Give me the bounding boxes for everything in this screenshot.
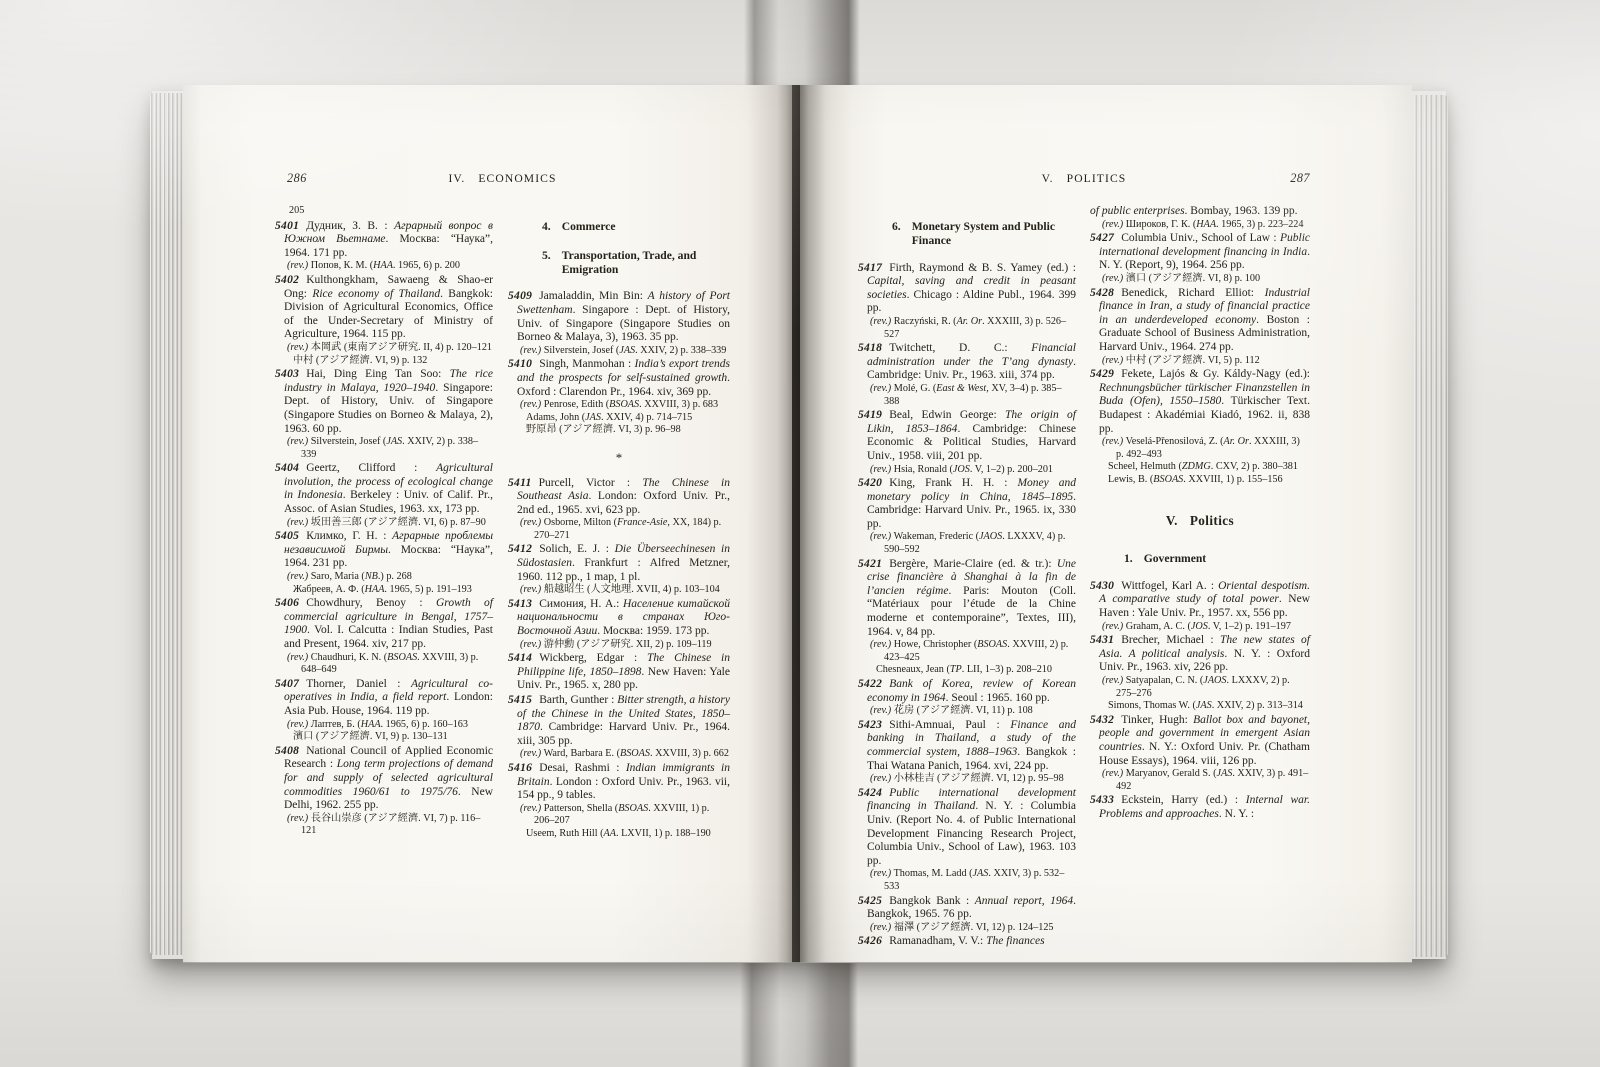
bibliography-column: 4.Commerce5.Transportation, Trade, and E… [508,205,730,842]
entry-number: 5410 [508,358,532,370]
running-head-roman-numeral: V. [1042,172,1054,185]
review-line: Adams, John (JAS. XXIV, 4) p. 714–715 [508,412,730,425]
running-head-title-left: IV.ECONOMICS [275,172,730,185]
part-number: V. [1166,514,1178,528]
running-head-left: 286 IV.ECONOMICS [183,171,792,187]
review-line: (rev.) 福澤 (アジア經濟. VI, 12) p. 124–125 [858,922,1076,935]
photo-background: { "colors": { "photo_bg": "#e8e6e3", "pa… [0,0,1600,1067]
entry-body: 5418Twitchett, D. C.: Financial administ… [858,342,1076,383]
review-line: (rev.) 小林桂吉 (アジア經濟. VI, 12) p. 95–98 [858,773,1076,786]
entry-body: 5425Bangkok Bank : Annual report, 1964. … [858,895,1076,922]
review-line: (rev.) 游仲勳 (アジア研究. XII, 2) p. 109–119 [508,639,730,652]
section-number: 6. [892,220,901,248]
entry-body: 5401Дудник, З. В. : Аграрный вопрос в Юж… [275,220,493,261]
bibliography-entry: 5431Brecher, Michael : The new states of… [1090,634,1310,713]
page-number-right: 287 [1290,171,1310,186]
bibliography-entry: 5407Thorner, Daniel : Agricultural co-op… [275,678,493,744]
entry-body: 5407Thorner, Daniel : Agricultural co-op… [275,678,493,719]
entry-body: 5408National Council of Applied Economic… [275,745,493,813]
bibliography-column: of public enterprises. Bombay, 1963. 139… [1090,205,1310,823]
bibliography-entry: 5405Климко, Г. Н. : Аграрные проблемы не… [275,530,493,596]
entry-body: 5422Bank of Korea, review of Korean econ… [858,678,1076,705]
part-title: Politics [1190,514,1234,528]
part-heading: V.Politics [1090,514,1310,528]
entry-body: 5431Brecher, Michael : The new states of… [1090,634,1310,675]
entry-body: 5424Public international development fin… [858,787,1076,869]
section-title: Government [1144,552,1206,566]
entry-body: 5417Firth, Raymond & B. S. Yamey (ed.) :… [858,262,1076,316]
running-head-title-right: V.POLITICS [858,172,1310,185]
review-line: 野原昂 (アジア經濟. VI, 3) p. 96–98 [508,424,730,437]
entry-number: 5430 [1090,580,1114,592]
running-head-text: ECONOMICS [478,172,556,185]
review-line: (rev.) Saro, Maria (NB.) p. 268 [275,571,493,584]
entry-number: 5409 [508,290,532,302]
continuation-note: 205 [275,205,493,218]
review-line: (rev.) Raczyński, R. (Ar. Or. XXXIII, 3)… [858,316,1076,341]
left-page: 286 IV.ECONOMICS 2055401Дудник, З. В. : … [183,85,792,963]
bibliography-entry: 5427Columbia Univ., School of Law : Publ… [1090,232,1310,285]
entry-body: 5404Geertz, Clifford : Agricultural invo… [275,462,493,516]
review-line: (rev.) 中村 (アジア經濟. VI, 5) p. 112 [1090,355,1310,368]
entry-number: 5401 [275,220,299,232]
entry-body: 5410Singh, Manmohan : India’s export tre… [508,358,730,399]
review-line: (rev.) Maryanov, Gerald S. (JAS. XXIV, 3… [1090,768,1310,793]
entry-body: 5433Eckstein, Harry (ed.) : Internal war… [1090,794,1310,821]
review-line: (rev.) Попов, К. М. (HAA. 1965, 6) p. 20… [275,260,493,273]
review-line: (rev.) 船越昭生 (人文地理. XVII, 4) p. 103–104 [508,584,730,597]
entry-body: 5420King, Frank H. H. : Money and moneta… [858,477,1076,531]
review-line: Lewis, B. (BSOAS. XXVIII, 1) p. 155–156 [1090,474,1310,487]
entry-number: 5424 [858,787,882,799]
bibliography-entry: 5410Singh, Manmohan : India’s export tre… [508,358,730,437]
review-line: Scheel, Helmuth (ZDMG. CXV, 2) p. 380–38… [1090,461,1310,474]
review-line: (rev.) 長谷山崇彦 (アジア經濟. VI, 7) p. 116–121 [275,813,493,838]
review-line: (rev.) Veselá-Přenosilová, Z. (Ar. Or. X… [1090,436,1310,461]
bibliography-entry: 5418Twitchett, D. C.: Financial administ… [858,342,1076,408]
bibliography-entry: 5409Jamaladdin, Min Bin: A history of Po… [508,290,730,357]
bibliography-entry: 5421Bergère, Marie-Claire (ed. & tr.): U… [858,558,1076,677]
entry-number: 5429 [1090,368,1114,380]
section-heading: 5.Transportation, Trade, and Emigration [508,249,730,277]
review-line: (rev.) Лаптев, Б. (HAA. 1965, 6) p. 160–… [275,719,493,732]
review-line: (rev.) Hsia, Ronald (JOS. V, 1–2) p. 200… [858,464,1076,477]
section-title: Transportation, Trade, and Emigration [562,249,730,277]
section-heading: 1.Government [1090,552,1310,566]
entry-body: 5421Bergère, Marie-Claire (ed. & tr.): U… [858,558,1076,640]
entry-body: 5406Chowdhury, Benoy : Growth of commerc… [275,597,493,651]
entry-body: 5411Purcell, Victor : The Chinese in Sou… [508,477,730,518]
entry-body: 5402Kulthongkham, Sawaeng & Shao-er Ong:… [275,274,493,342]
entry-number: 5408 [275,745,299,757]
entry-body: 5405Климко, Г. Н. : Аграрные проблемы не… [275,530,493,571]
bibliography-entry: 5419Beal, Edwin George: The origin of Li… [858,409,1076,476]
review-line: (rev.) Thomas, M. Ladd (JAS. XXIV, 3) p.… [858,868,1076,893]
bibliography-entry: 5413Симония, Н. А.: Население китайской … [508,598,730,651]
review-line: (rev.) Graham, A. C. (JOS. V, 1–2) p. 19… [1090,621,1310,634]
entry-number: 5403 [275,368,299,380]
bibliography-entry: 5414Wickberg, Edgar : The Chinese in Phi… [508,652,730,693]
bibliography-entry: 5411Purcell, Victor : The Chinese in Sou… [508,477,730,543]
review-line: (rev.) Satyapalan, C. N. (JAOS. LXXXV, 2… [1090,675,1310,700]
entry-body: 5419Beal, Edwin George: The origin of Li… [858,409,1076,463]
entry-number: 5413 [508,598,532,610]
entry-body: 5428Benedick, Richard Elliot: Industrial… [1090,287,1310,355]
entry-number: 5412 [508,543,532,555]
entry-number: 5406 [275,597,299,609]
page-edges-left [150,93,183,955]
running-head-right: V.POLITICS 287 [800,171,1412,187]
review-line: (rev.) Chaudhuri, K. N. (BSOAS. XXVIII, … [275,652,493,677]
bibliography-entry: 5417Firth, Raymond & B. S. Yamey (ed.) :… [858,262,1076,342]
entry-body: 5432Tinker, Hugh: Ballot box and bayonet… [1090,714,1310,768]
bibliography-entry: 5424Public international development fin… [858,787,1076,894]
bibliography-entry: 5403Hai, Ding Eing Tan Soo: The rice ind… [275,368,493,461]
entry-number: 5404 [275,462,299,474]
entry-number: 5414 [508,652,532,664]
entry-number: 5425 [858,895,882,907]
bibliography-entry: 5412Solich, E. J. : Die Überseechinesen … [508,543,730,596]
section-title: Monetary System and Public Finance [912,220,1076,248]
entry-body: 5403Hai, Ding Eing Tan Soo: The rice ind… [275,368,493,436]
entry-number: 5423 [858,719,882,731]
section-heading: 6.Monetary System and Public Finance [858,220,1076,248]
review-line: (rev.) Patterson, Shella (BSOAS. XXVIII,… [508,803,730,828]
bibliography-entry: 5426Ramanadham, V. V.: The finances [858,935,1076,949]
entry-number: 5421 [858,558,882,570]
entry-body: 5415Barth, Gunther : Bitter strength, a … [508,694,730,748]
entry-number: 5419 [858,409,882,421]
entry-body: 5426Ramanadham, V. V.: The finances [858,935,1076,949]
review-line: (rev.) 花房 (アジア經濟. VI, 11) p. 108 [858,705,1076,718]
review-line: Жабреев, А. Ф. (HAA. 1965, 5) p. 191–193 [275,584,493,597]
entry-body: 5427Columbia Univ., School of Law : Publ… [1090,232,1310,273]
review-line: (rev.) Silverstein, Josef (JAS. XXIV, 2)… [275,436,493,461]
entry-number: 5420 [858,477,882,489]
bibliography-column: 2055401Дудник, З. В. : Аграрный вопрос в… [275,205,493,839]
section-heading: 4.Commerce [508,220,730,234]
review-line: (rev.) Silverstein, Josef (JAS. XXIV, 2)… [508,345,730,358]
bibliography-entry: of public enterprises. Bombay, 1963. 139… [1090,205,1310,231]
right-page: V.POLITICS 287 6.Monetary System and Pub… [800,85,1412,963]
section-number: 5. [542,249,551,277]
review-line: Useem, Ruth Hill (AA. LXVII, 1) p. 188–1… [508,828,730,841]
bibliography-entry: 5415Barth, Gunther : Bitter strength, a … [508,694,730,761]
entry-number: 5411 [508,477,532,489]
review-line: (rev.) 濱口 (アジア經濟. VI, 8) p. 100 [1090,273,1310,286]
review-line: (rev.) 本岡武 (東南アジア研究. II, 4) p. 120–121 [275,342,493,355]
bibliography-entry: 5404Geertz, Clifford : Agricultural invo… [275,462,493,529]
entry-body: 5413Симония, Н. А.: Население китайской … [508,598,730,639]
open-book: 286 IV.ECONOMICS 2055401Дудник, З. В. : … [150,85,1448,962]
review-line: (rev.) Molé, G. (East & West, XV, 3–4) p… [858,383,1076,408]
entry-number: 5416 [508,762,532,774]
entry-body: 5416Desai, Rashmi : Indian immigrants in… [508,762,730,803]
entry-body: 5412Solich, E. J. : Die Überseechinesen … [508,543,730,584]
review-line: (rev.) Osborne, Milton (France-Asie, XX,… [508,517,730,542]
entry-number: 5418 [858,342,882,354]
review-line: (rev.) 坂田善三郎 (アジア經濟. VI, 6) p. 87–90 [275,517,493,530]
entry-number: 5422 [858,678,882,690]
entry-body: 5430Wittfogel, Karl A. : Oriental despot… [1090,580,1310,621]
running-head-text: POLITICS [1067,172,1127,185]
review-line: 濱口 (アジア經濟. VI, 9) p. 130–131 [275,731,493,744]
bibliography-entry: 5420King, Frank H. H. : Money and moneta… [858,477,1076,557]
entry-body: 5423Sithi-Amnuai, Paul : Finance and ban… [858,719,1076,773]
bibliography-column: 6.Monetary System and Public Finance5417… [858,205,1076,950]
entry-body: 5409Jamaladdin, Min Bin: A history of Po… [508,290,730,344]
section-title: Commerce [562,220,616,234]
bibliography-entry: 5416Desai, Rashmi : Indian immigrants in… [508,762,730,841]
book-cradle-strip-top [744,0,860,96]
review-line: Chesneaux, Jean (TP. LII, 1–3) p. 208–21… [858,664,1076,677]
star-separator: * [508,451,730,465]
bibliography-entry: 5401Дудник, З. В. : Аграрный вопрос в Юж… [275,220,493,273]
bibliography-entry: 5425Bangkok Bank : Annual report, 1964. … [858,895,1076,935]
entry-number: 5415 [508,694,532,706]
section-number: 1. [1124,552,1133,566]
section-number: 4. [542,220,551,234]
entry-number: 5417 [858,262,882,274]
book-cradle-strip-bottom [740,956,858,1067]
review-line: (rev.) Широков, Г. К. (HAA. 1965, 3) p. … [1090,219,1310,232]
review-line: (rev.) Ward, Barbara E. (BSOAS. XXVIII, … [508,748,730,761]
entry-number: 5432 [1090,714,1114,726]
entry-number: 5427 [1090,232,1114,244]
bibliography-entry: 5432Tinker, Hugh: Ballot box and bayonet… [1090,714,1310,794]
entry-body: of public enterprises. Bombay, 1963. 139… [1090,205,1310,219]
entry-number: 5428 [1090,287,1114,299]
review-line: (rev.) Penrose, Edith (BSOAS. XXVIII, 3)… [508,399,730,412]
entry-number: 5426 [858,935,882,947]
entry-number: 5431 [1090,634,1114,646]
entry-body: 5429Fekete, Lajós & Gy. Káldy-Nagy (ed.)… [1090,368,1310,436]
review-line: (rev.) Howe, Christopher (BSOAS. XXVIII,… [858,639,1076,664]
review-line: Simons, Thomas W. (JAS. XXIV, 2) p. 313–… [1090,700,1310,713]
bibliography-entry: 5406Chowdhury, Benoy : Growth of commerc… [275,597,493,677]
review-line: (rev.) Wakeman, Frederic (JAOS. LXXXV, 4… [858,531,1076,556]
bibliography-entry: 5430Wittfogel, Karl A. : Oriental despot… [1090,580,1310,633]
bibliography-entry: 5422Bank of Korea, review of Korean econ… [858,678,1076,718]
entry-number: 5405 [275,530,299,542]
bibliography-entry: 5423Sithi-Amnuai, Paul : Finance and ban… [858,719,1076,786]
running-head-roman-numeral: IV. [448,172,465,185]
bibliography-entry: 5428Benedick, Richard Elliot: Industrial… [1090,287,1310,368]
review-line: 中村 (アジア經濟. VI, 9) p. 132 [275,355,493,368]
entry-body: 5414Wickberg, Edgar : The Chinese in Phi… [508,652,730,693]
entry-number: 5433 [1090,794,1114,806]
book-gutter [792,85,800,962]
entry-number: 5407 [275,678,299,690]
bibliography-entry: 5433Eckstein, Harry (ed.) : Internal war… [1090,794,1310,821]
bibliography-entry: 5429Fekete, Lajós & Gy. Káldy-Nagy (ed.)… [1090,368,1310,486]
bibliography-entry: 5408National Council of Applied Economic… [275,745,493,838]
entry-number: 5402 [275,274,299,286]
bibliography-entry: 5402Kulthongkham, Sawaeng & Shao-er Ong:… [275,274,493,367]
